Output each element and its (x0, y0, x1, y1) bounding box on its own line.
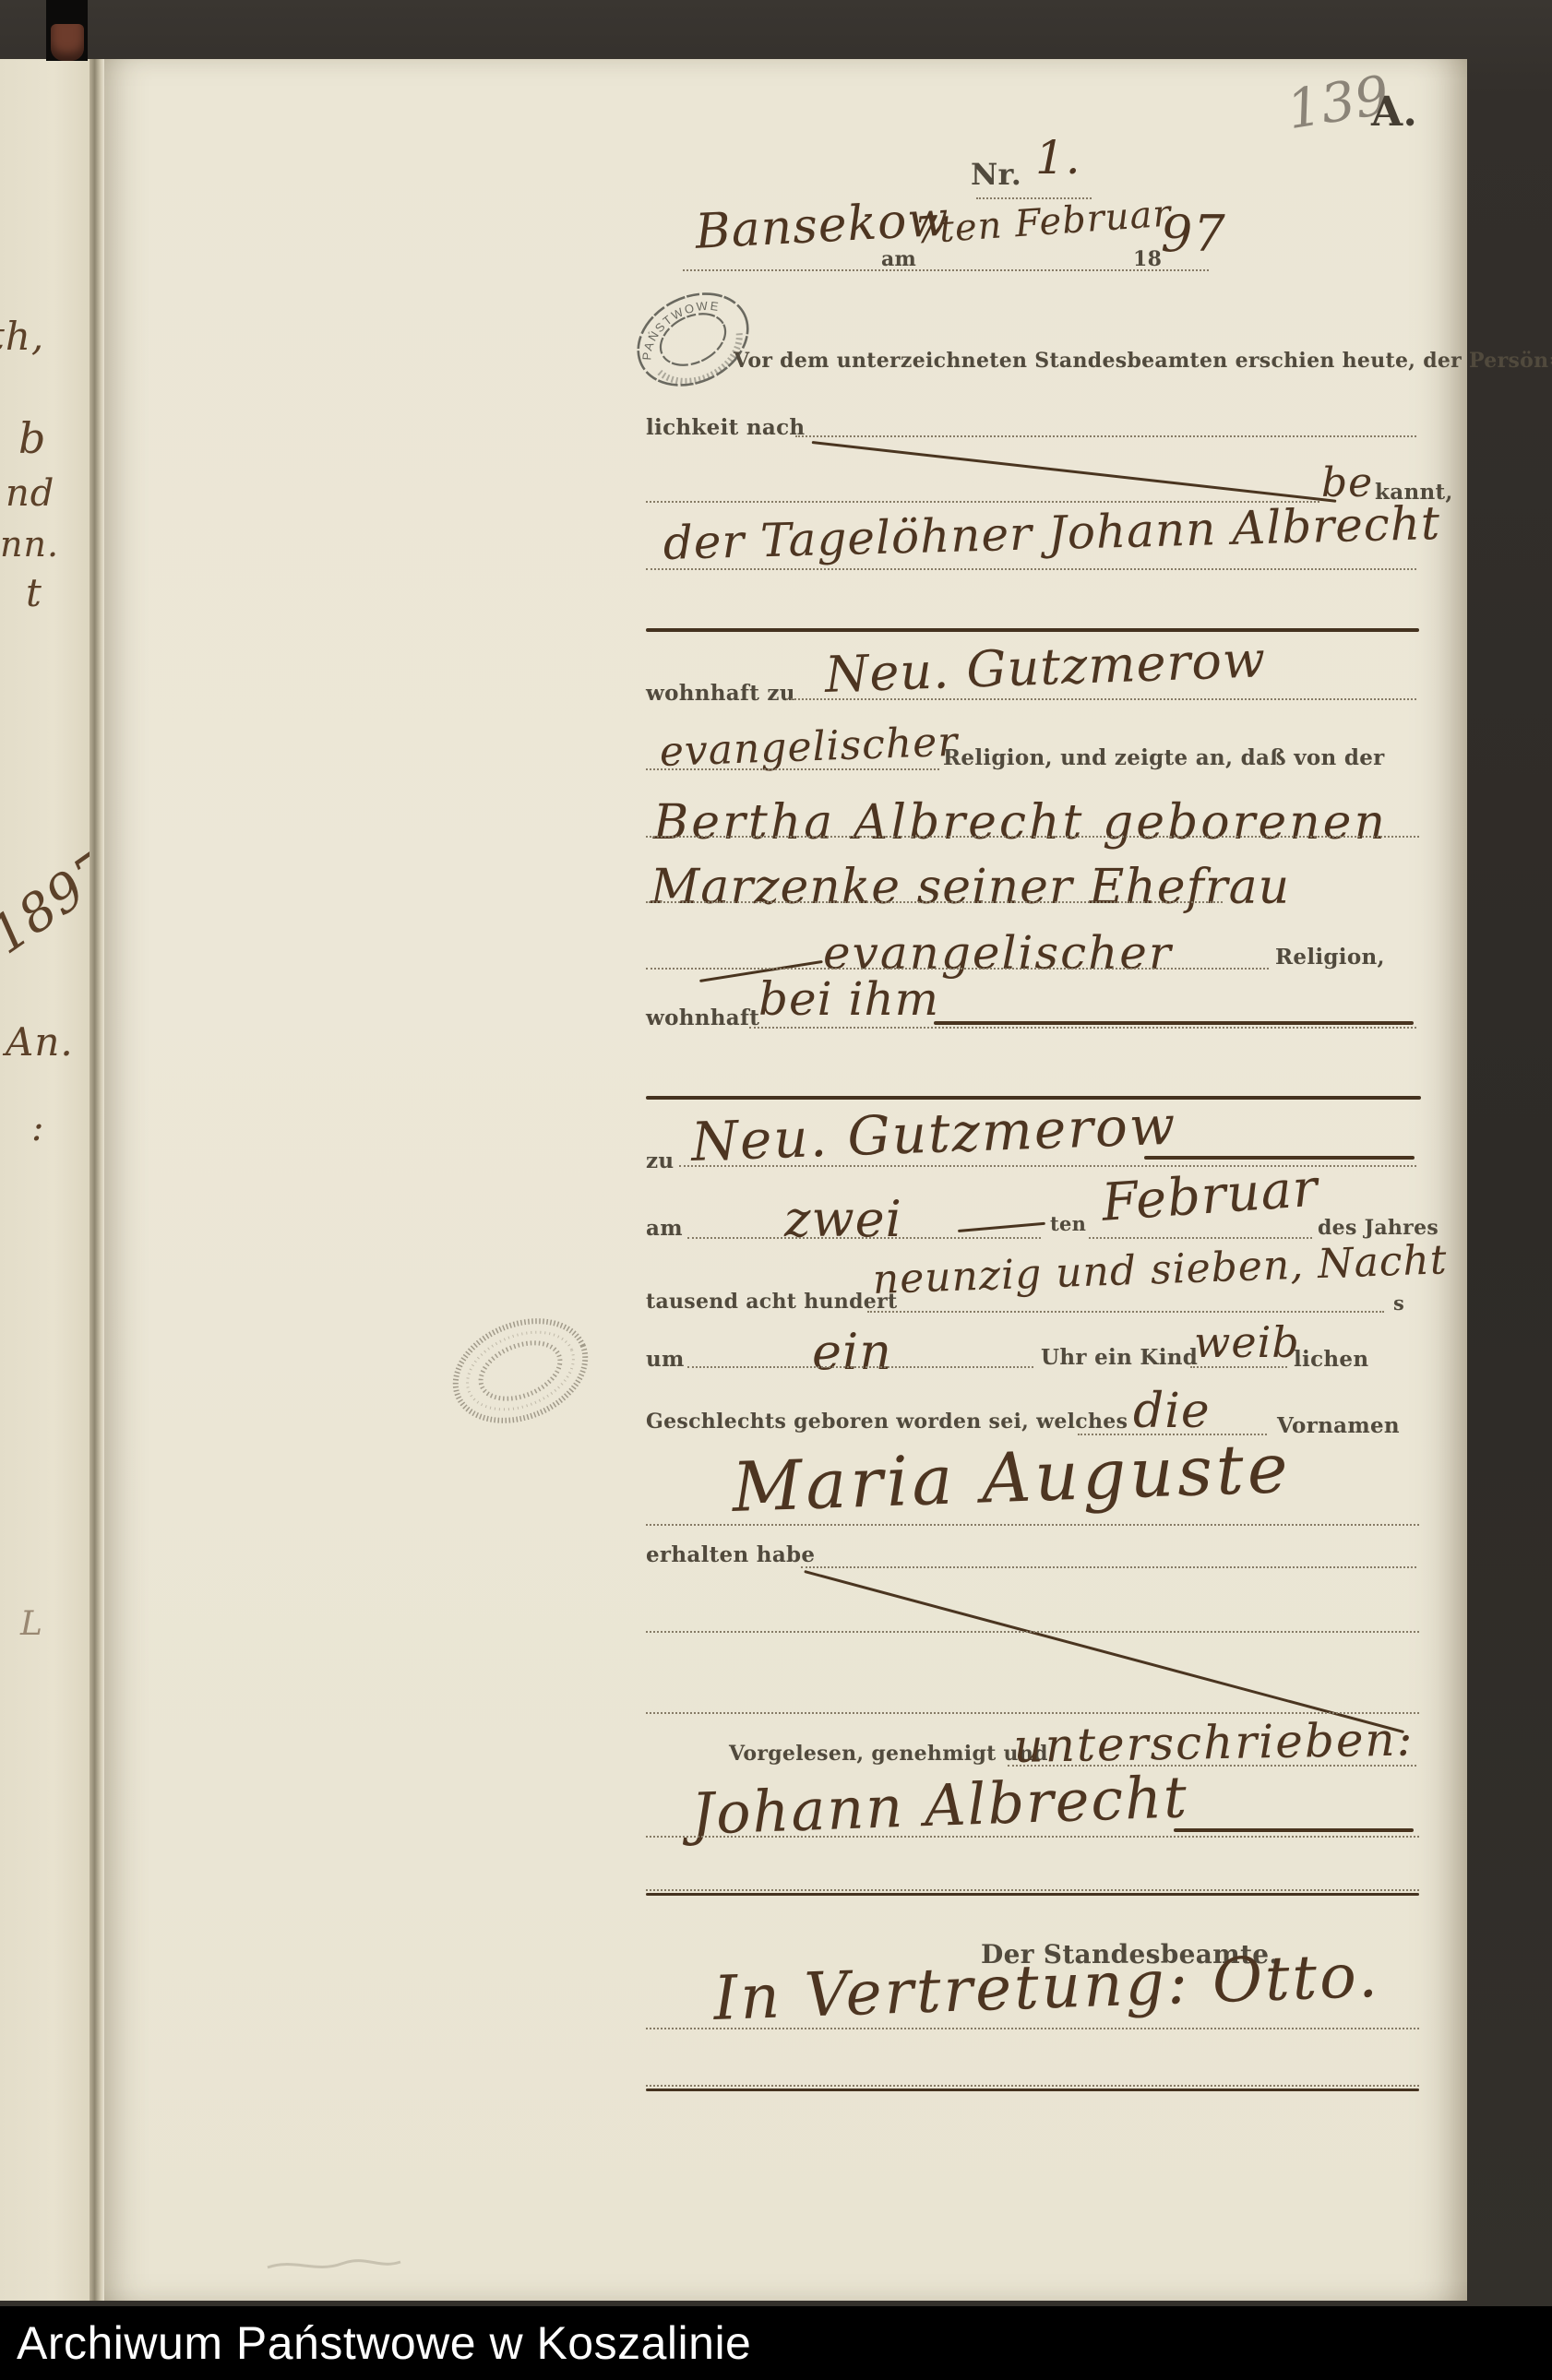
dotted-line (646, 1836, 1419, 1838)
document-scan: th, b nd nn. t 1897 An. : L 139 A. Nr. 1… (0, 0, 1552, 2380)
archive-caption: Archiwum Państwowe w Koszalinie (17, 2306, 751, 2380)
dotted-line (867, 1311, 1384, 1313)
dotted-line (687, 1237, 1041, 1239)
ink-line (1174, 1828, 1414, 1832)
geschlechts-label: Geschlechts geboren worden sei, welches (646, 1410, 1128, 1434)
left-page-fragment: : (31, 1107, 44, 1149)
dotted-line (801, 1566, 1416, 1568)
religion2-label: Religion, (1275, 945, 1385, 970)
wohnhaft-label: wohnhaft (646, 1006, 759, 1030)
tausend-label: tausend acht hundert (646, 1290, 897, 1314)
previous-page-edge: th, b nd nn. t 1897 An. : L (0, 59, 90, 2301)
dotted-line (646, 968, 1269, 970)
left-page-fragment: nd (6, 472, 54, 515)
birth-day: zwei (784, 1190, 902, 1248)
dotted-line (1089, 1237, 1312, 1239)
archive-caption-bar: Archiwum Państwowe w Koszalinie (0, 2306, 1552, 2380)
um-label: um (646, 1347, 685, 1372)
dotted-line (786, 698, 1416, 700)
book-spine-tip (51, 24, 84, 61)
dotted-line (749, 1027, 1416, 1029)
mother-name-line2: Marzenke seiner Ehefrau (651, 860, 1290, 915)
religion1-label: Religion, und zeigte an, daß von der (943, 745, 1385, 770)
dotted-line (646, 1631, 1419, 1633)
mother-residence: bei ihm (758, 972, 939, 1026)
dotted-line (646, 1524, 1419, 1526)
intro-line2: lichkeit nach (646, 415, 805, 440)
record-number-label: Nr. (971, 157, 1021, 192)
s-suffix-label: s (1393, 1291, 1404, 1315)
dotted-line (687, 1366, 1033, 1368)
dotted-line (683, 269, 1209, 271)
child-gender: weib (1194, 1317, 1300, 1367)
dotted-line (795, 435, 1416, 437)
dotted-line (646, 901, 1223, 903)
uhr-label: Uhr ein Kind (1041, 1345, 1198, 1370)
year-printed: 18 (1133, 247, 1162, 271)
section-rule (646, 2088, 1419, 2091)
am2-label: am (646, 1216, 683, 1241)
dotted-line (646, 836, 1419, 838)
form-letter: A. (1371, 89, 1417, 136)
left-page-fragment: L (20, 1605, 43, 1643)
die-article: die (1133, 1384, 1211, 1439)
left-page-fragment: 1897 (0, 839, 90, 966)
record-number-value: 1. (1035, 131, 1081, 184)
dotted-line (646, 768, 939, 770)
ink-line (934, 1021, 1414, 1025)
ten-label: ten (1050, 1212, 1086, 1235)
section-rule (646, 628, 1419, 632)
birth-hour: ein (812, 1323, 892, 1381)
ink-line (1144, 1156, 1415, 1160)
dotted-line (646, 2085, 1419, 2087)
zu-label: zu (646, 1148, 674, 1173)
am-label: am (881, 247, 916, 271)
dotted-line (646, 1889, 1419, 1891)
des-jahres-label: des Jahres (1318, 1216, 1439, 1240)
dotted-line (1190, 1366, 1287, 1368)
lichen-label: lichen (1294, 1347, 1368, 1372)
vorgelesen-label: Vorgelesen, genehmigt und (729, 1742, 1048, 1766)
erhalten-label: erhalten habe (646, 1542, 815, 1567)
left-page-fragment: t (26, 570, 42, 615)
dotted-line (646, 2028, 1419, 2029)
dotted-line (646, 568, 1416, 570)
mother-name-line1: Bertha Albrecht geborenen (653, 795, 1388, 851)
page-fold-shadow (90, 59, 104, 2301)
intro-line1: Vor dem unterzeichneten Standesbeamten e… (734, 349, 1552, 373)
section-rule (646, 1893, 1419, 1896)
left-page-fragment: nn. (0, 524, 59, 565)
left-page-fragment: An. (6, 1019, 74, 1065)
left-page-fragment: th, (0, 314, 44, 359)
pencil-squiggle (266, 2255, 404, 2277)
left-page-fragment: b (18, 413, 46, 463)
year-written: 97 (1161, 205, 1226, 263)
wohnhaft-zu-label: wohnhaft zu (646, 681, 795, 706)
vornamen-label: Vornamen (1277, 1413, 1400, 1438)
